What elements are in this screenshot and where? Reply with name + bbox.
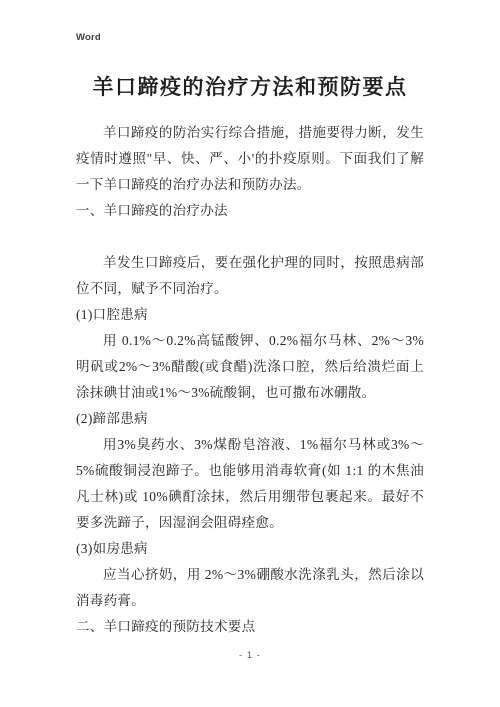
subsection-1-body: 用 0.1%～0.2%高锰酸钾、0.2%福尔马林、2%～3%明矾或2%～3%醋酸…: [76, 328, 424, 406]
paragraph-intro: 羊口蹄疫的防治实行综合措施，措施要得力断，发生疫情时遵照"早、快、严、小'的扑疫…: [76, 120, 424, 198]
section-1-lead-paragraph: 羊发生口蹄疫后，要在强化护理的同时，按照患病部位不同，赋予不同治疗。: [76, 250, 424, 302]
subsection-3-body: 应当心挤奶，用 2%～3%硼酸水洗涤乳头，然后涂以消毒药膏。: [76, 562, 424, 614]
section-1-heading: 一、羊口蹄疫的治疗办法: [76, 198, 424, 224]
subsection-3-heading: (3)如房患病: [76, 536, 424, 562]
page-number: - 1 -: [0, 650, 500, 661]
section-2-heading: 二、羊口蹄疫的预防技术要点: [76, 614, 424, 640]
subsection-1-heading: (1)口腔患病: [76, 302, 424, 328]
subsection-2-body: 用3%臭药水、3%煤酚皂溶液、1%福尔马林或3%～5%硫酸铜浸泡蹄子。也能够用消…: [76, 432, 424, 536]
blank-line: [76, 224, 424, 250]
word-document-page: Word 羊口蹄疫的治疗方法和预防要点 羊口蹄疫的防治实行综合措施，措施要得力断…: [0, 0, 500, 707]
subsection-2-heading: (2)蹄部患病: [76, 406, 424, 432]
document-body: 羊口蹄疫的防治实行综合措施，措施要得力断，发生疫情时遵照"早、快、严、小'的扑疫…: [76, 120, 424, 640]
app-label-word: Word: [76, 32, 101, 43]
document-title: 羊口蹄疫的治疗方法和预防要点: [40, 73, 460, 101]
